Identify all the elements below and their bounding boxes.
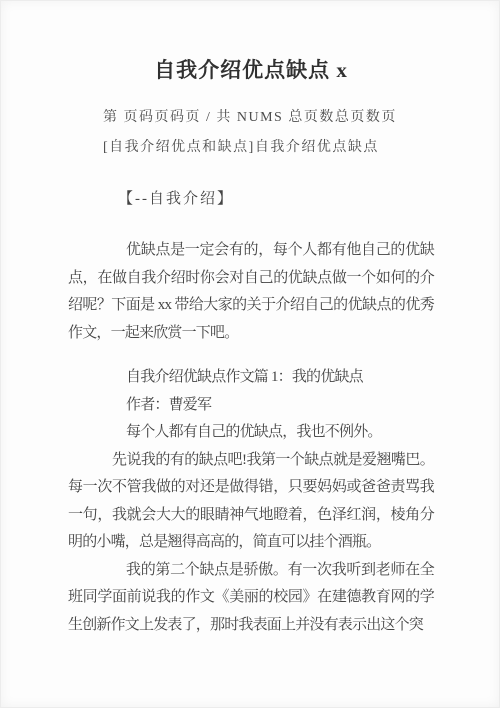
essay-title-line: 自我介绍优缺点作文篇 1：我的优缺点 <box>68 364 434 392</box>
body-paragraph-2: 我的第二个缺点是骄傲。有一次我听到老师在全班同学面前说我的作文《美丽的校园》在建… <box>68 557 434 640</box>
page-number-line: 第 页码页码页 / 共 NUMS 总页数总页数页 <box>68 103 434 133</box>
document-page: 自我介绍优点缺点 x 第 页码页码页 / 共 NUMS 总页数总页数页 [自我介… <box>0 0 500 708</box>
author-line: 作者：曹爱军 <box>68 392 434 420</box>
intro-paragraph: 优缺点是一定会有的，每个人都有他自己的优缺点，在做自我介绍时你会对自己的优缺点做… <box>68 237 434 347</box>
document-title: 自我介绍优点缺点 x <box>68 53 434 87</box>
body-paragraph-1: 先说我的有的缺点吧!我第一个缺点就是爱翘嘴巴。每一次不管我做的对还是做得错，只要… <box>68 447 434 557</box>
opening-line: 每个人都有自己的优缺点，我也不例外。 <box>68 419 434 447</box>
subject-line: [自我介绍优点和缺点]自我介绍优点缺点 <box>68 133 434 163</box>
section-heading: 【--自我介绍】 <box>68 187 434 211</box>
document-content: 自我介绍优点缺点 x 第 页码页码页 / 共 NUMS 总页数总页数页 [自我介… <box>68 1 434 639</box>
